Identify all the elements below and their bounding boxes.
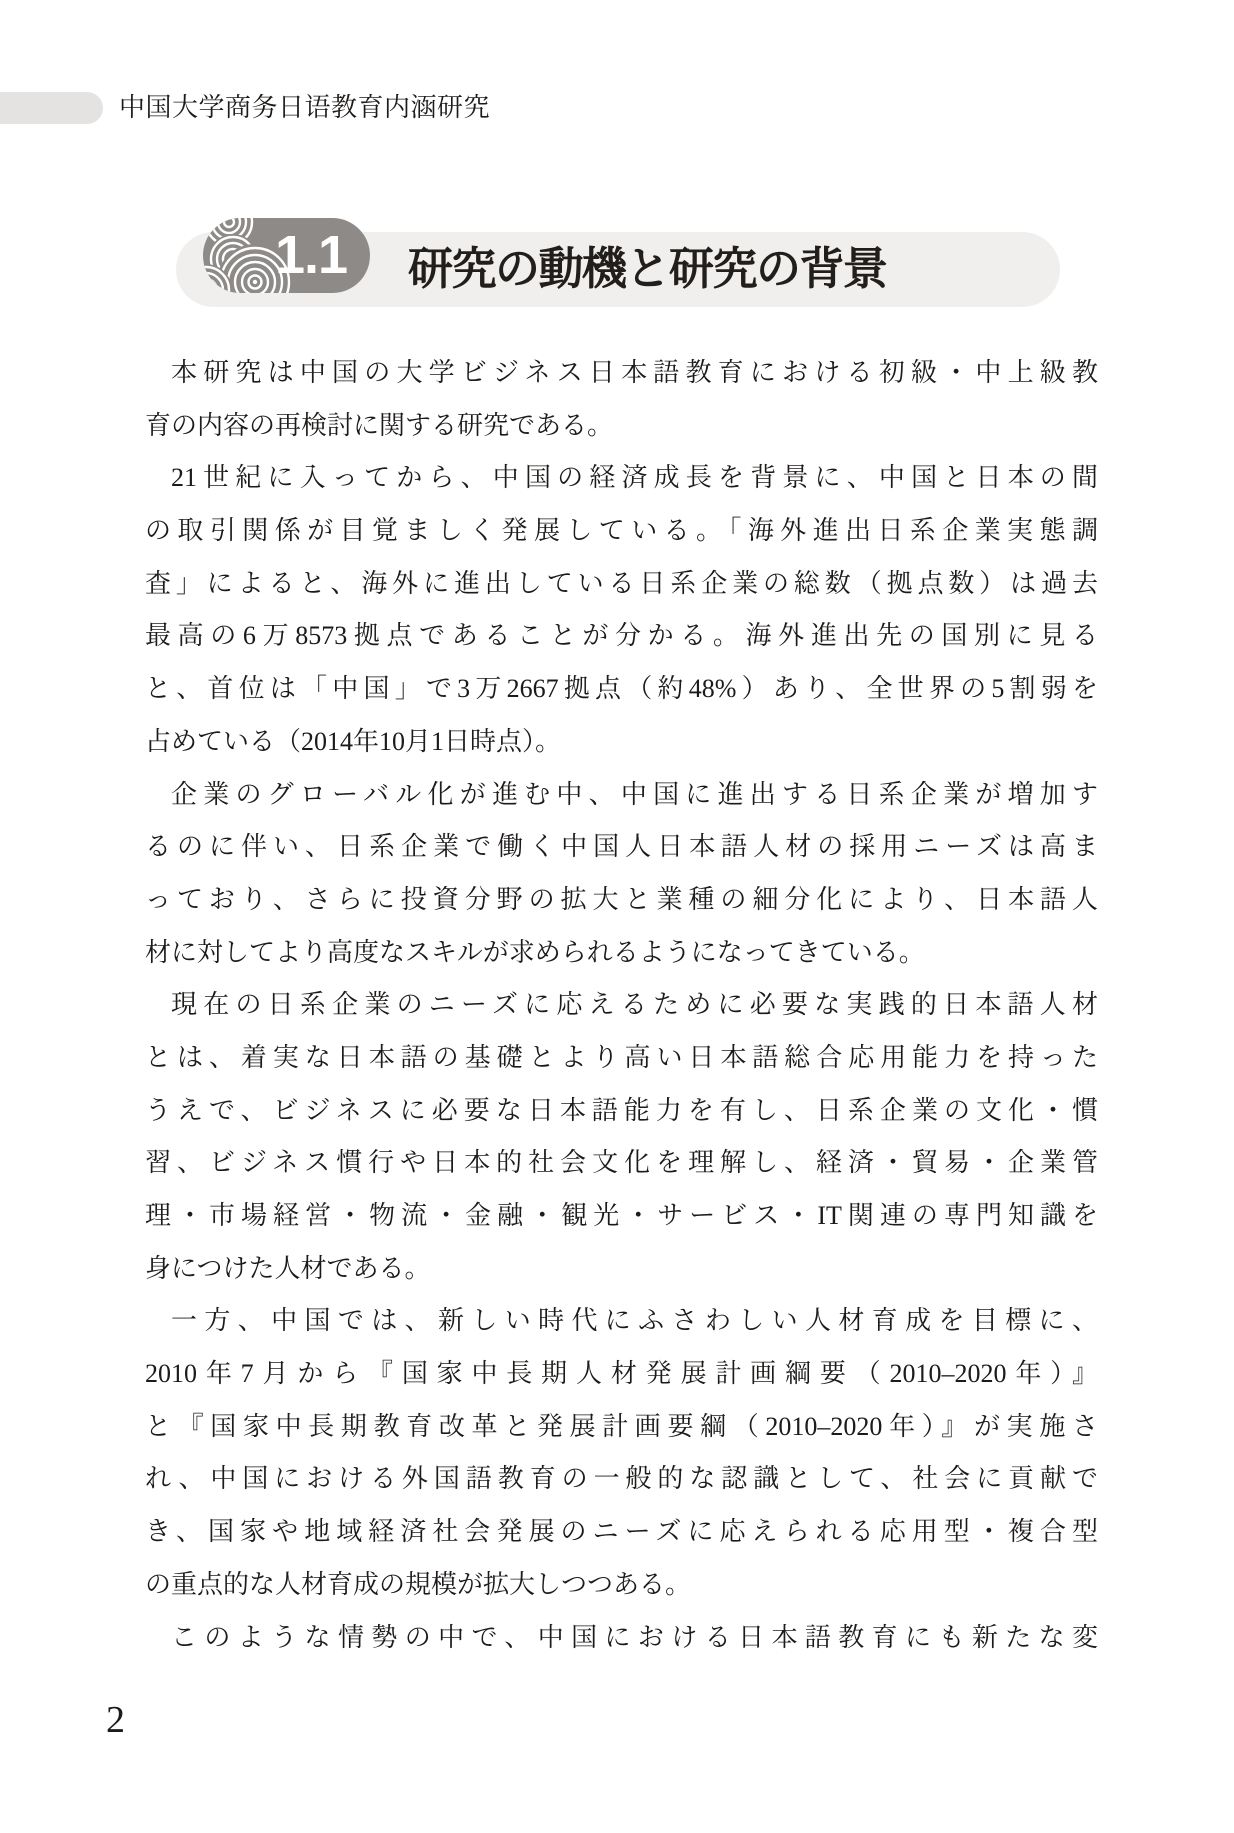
running-header-title: 中国大学商务日语教育内涵研究 xyxy=(119,92,490,124)
text-line: 一方、中国では、新しい時代にふさわしい人材育成を目標に、 xyxy=(145,1295,1098,1348)
text-line: 占めている（2014年10月1日時点）。 xyxy=(145,716,1098,769)
page-number: 2 xyxy=(106,1698,125,1742)
body-text: 本研究は中国の大学ビジネス日本語教育における初級・中上級教育の内容の再検討に関す… xyxy=(145,347,1098,1664)
text-line: 本研究は中国の大学ビジネス日本語教育における初級・中上級教 xyxy=(145,347,1098,400)
text-line: 2010年7月から『国家中長期人材発展計画綱要（2010–2020年）』 xyxy=(145,1348,1098,1401)
text-line: 習、ビジネス慣行や日本的社会文化を理解し、経済・貿易・企業管 xyxy=(145,1137,1098,1190)
text-line: 理・市場経営・物流・金融・観光・サービス・IT関連の専門知識を xyxy=(145,1190,1098,1243)
section-number: 1.1 xyxy=(265,218,357,293)
text-line: とは、着実な日本語の基礎とより高い日本語総合応用能力を持った xyxy=(145,1032,1098,1085)
text-line: れ、中国における外国語教育の一般的な認識として、社会に貢献で xyxy=(145,1453,1098,1506)
text-line: 21世紀に入ってから、中国の経済成長を背景に、中国と日本の間 xyxy=(145,452,1098,505)
text-line: の取引関係が目覚ましく発展している。「海外進出日系企業実態調 xyxy=(145,505,1098,558)
text-line: 身につけた人材である。 xyxy=(145,1243,1098,1296)
text-line: っており、さらに投資分野の拡大と業種の細分化により、日本語人 xyxy=(145,874,1098,927)
header-accent-bar xyxy=(0,92,103,124)
text-line: るのに伴い、日系企業で働く中国人日本語人材の採用ニーズは高ま xyxy=(145,821,1098,874)
text-line: と『国家中長期教育改革と発展計画要綱（2010–2020年）』が実施さ xyxy=(145,1401,1098,1454)
section-number-badge: 1.1 xyxy=(203,218,370,293)
text-line: うえで、ビジネスに必要な日本語能力を有し、日系企業の文化・慣 xyxy=(145,1085,1098,1138)
text-line: 最高の6万8573拠点であることが分かる。海外進出先の国別に見る xyxy=(145,610,1098,663)
text-line: 材に対してより高度なスキルが求められるようになってきている。 xyxy=(145,927,1098,980)
text-line: と、首位は「中国」で3万2667拠点（約48%）あり、全世界の5割弱を xyxy=(145,663,1098,716)
book-page: 中国大学商务日语教育内涵研究 xyxy=(0,0,1234,1833)
section-title: 研究の動機と研究の背景 xyxy=(408,232,887,307)
text-line: このような情勢の中で、中国における日本語教育にも新たな変 xyxy=(145,1612,1098,1665)
text-line: 現在の日系企業のニーズに応えるために必要な実践的日本語人材 xyxy=(145,979,1098,1032)
text-line: 査」によると、海外に進出している日系企業の総数（拠点数）は過去 xyxy=(145,558,1098,611)
text-line: 企業のグローバル化が進む中、中国に進出する日系企業が増加す xyxy=(145,769,1098,822)
text-line: の重点的な人材育成の規模が拡大しつつある。 xyxy=(145,1559,1098,1612)
text-line: き、国家や地域経済社会発展のニーズに応えられる応用型・複合型 xyxy=(145,1506,1098,1559)
text-line: 育の内容の再検討に関する研究である。 xyxy=(145,400,1098,453)
